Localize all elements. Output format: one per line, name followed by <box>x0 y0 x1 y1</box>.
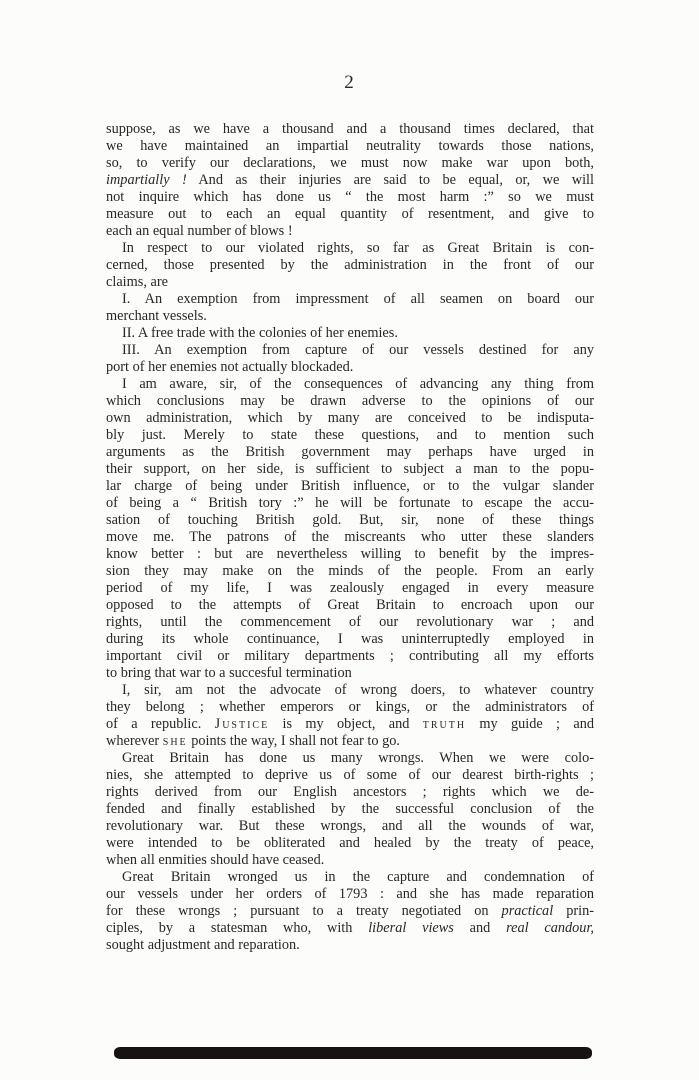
text-line: Great Britain has done us many wrongs. W… <box>106 750 594 767</box>
paragraph: Great Britain wronged us in the capture … <box>106 869 594 954</box>
text-run: port of her enemies not actually blockad… <box>106 359 353 375</box>
text-line: bly just. Merely to state these question… <box>106 427 594 444</box>
text-run: I, sir, am not the advocate of wrong doe… <box>122 682 594 698</box>
paragraph: II. A free trade with the colonies of he… <box>106 325 594 342</box>
paragraph: I am aware, sir, of the consequences of … <box>106 376 594 682</box>
text-line: revolutionary war. But these wrongs, and… <box>106 818 594 835</box>
text-line: I am aware, sir, of the consequences of … <box>106 376 594 393</box>
text-run: nies, she attempted to deprive us of som… <box>106 767 594 783</box>
text-run: during its whole continuance, I was unin… <box>106 631 594 647</box>
text-line: rights derived from our English ancestor… <box>106 784 594 801</box>
text-line: wherever she points the way, I shall not… <box>106 733 594 750</box>
text-run: each an equal number of blows ! <box>106 223 293 239</box>
text-run: so, to verify our declarations, we must … <box>106 155 594 171</box>
text-run: II. A free trade with the colonies of he… <box>122 325 398 341</box>
text-run: claims, are <box>106 274 168 290</box>
text-line: merchant vessels. <box>106 308 594 325</box>
italic-text: impartially ! <box>106 172 187 188</box>
text-run: I am aware, sir, of the consequences of … <box>122 376 594 392</box>
text-run: Great Britain has done us many wrongs. W… <box>122 750 594 766</box>
paragraph: I, sir, am not the advocate of wrong doe… <box>106 682 594 750</box>
text-line: sion they may make on the minds of the p… <box>106 563 594 580</box>
text-run: to bring that war to a succesful termina… <box>106 665 352 681</box>
text-line: of a republic. Justice is my object, and… <box>106 716 594 733</box>
page-number: 2 <box>0 72 699 94</box>
text-line: rights, until the commencement of our re… <box>106 614 594 631</box>
text-line: our vessels under her orders of 1793 : a… <box>106 886 594 903</box>
text-line: cerned, those presented by the administr… <box>106 257 594 274</box>
text-run: fended and finally established by the su… <box>106 801 594 817</box>
text-run: own administration, which by many are co… <box>106 410 594 426</box>
text-line: I, sir, am not the advocate of wrong doe… <box>106 682 594 699</box>
text-line: sation of touching British gold. But, si… <box>106 512 594 529</box>
text-run: sought adjustment and reparation. <box>106 937 300 953</box>
text-run: measure out to each an equal quantity of… <box>106 206 594 222</box>
text-line: during its whole continuance, I was unin… <box>106 631 594 648</box>
smallcaps-text: she <box>163 733 188 749</box>
paragraph: suppose, as we have a thousand and a tho… <box>106 121 594 240</box>
text-line: were intended to be obliterated and heal… <box>106 835 594 852</box>
text-run: they belong ; whether emperors or kings,… <box>106 699 594 715</box>
text-line: lar charge of being under British influe… <box>106 478 594 495</box>
text-line: port of her enemies not actually blockad… <box>106 359 594 376</box>
text-run: rights derived from our English ancestor… <box>106 784 594 800</box>
text-run: move me. The patrons of the miscreants w… <box>106 529 594 545</box>
text-line: nies, she attempted to deprive us of som… <box>106 767 594 784</box>
text-run: arguments as the British government may … <box>106 444 594 460</box>
text-line: for these wrongs ; pursuant to a treaty … <box>106 903 594 920</box>
text-line: I. An exemption from impressment of all … <box>106 291 594 308</box>
italic-text: practical <box>502 903 554 919</box>
text-run: my guide ; and <box>466 716 594 732</box>
text-run: when all enmities should have ceased. <box>106 852 324 868</box>
scan-artifact-bar <box>114 1047 592 1059</box>
text-run: suppose, as we have a thousand and a tho… <box>106 121 594 137</box>
text-run: sion they may make on the minds of the p… <box>106 563 594 579</box>
text-run: of being a “ British tory :” he will be … <box>106 495 594 511</box>
text-line: II. A free trade with the colonies of he… <box>106 325 594 342</box>
text-run: prin- <box>553 903 594 919</box>
text-run: cerned, those presented by the administr… <box>106 257 594 273</box>
paragraph: III. An exemption from capture of our ve… <box>106 342 594 376</box>
scanned-page: 2 suppose, as we have a thousand and a t… <box>0 0 699 1080</box>
text-line: arguments as the British government may … <box>106 444 594 461</box>
text-run: were intended to be obliterated and heal… <box>106 835 594 851</box>
text-line: their support, on her side, is sufficien… <box>106 461 594 478</box>
text-run: we have maintained an impartial neutrali… <box>106 138 594 154</box>
text-line: fended and finally established by the su… <box>106 801 594 818</box>
italic-text: real candour, <box>506 920 594 936</box>
paragraph: I. An exemption from impressment of all … <box>106 291 594 325</box>
text-run: merchant vessels. <box>106 308 207 324</box>
italic-text: liberal views <box>368 920 454 936</box>
text-line: of being a “ British tory :” he will be … <box>106 495 594 512</box>
text-run: not inquire which has done us “ the most… <box>106 189 594 205</box>
text-run: In respect to our violated rights, so fa… <box>122 240 594 256</box>
text-run: wherever <box>106 733 163 749</box>
text-line: so, to verify our declarations, we must … <box>106 155 594 172</box>
smallcaps-text: Justice <box>215 716 270 732</box>
text-run: revolutionary war. But these wrongs, and… <box>106 818 594 834</box>
text-line: which conclusions may be drawn adverse t… <box>106 393 594 410</box>
text-run: And as their injuries are said to be equ… <box>187 172 594 188</box>
text-run: for these wrongs ; pursuant to a treaty … <box>106 903 502 919</box>
text-run: Great Britain wronged us in the capture … <box>122 869 594 885</box>
text-run: and <box>454 920 506 936</box>
text-run: points the way, I shall not fear to go. <box>188 733 400 749</box>
text-run: their support, on her side, is sufficien… <box>106 461 594 477</box>
text-run: period of my life, I was zealously engag… <box>106 580 594 596</box>
text-line: we have maintained an impartial neutrali… <box>106 138 594 155</box>
text-line: claims, are <box>106 274 594 291</box>
text-line: own administration, which by many are co… <box>106 410 594 427</box>
text-run: which conclusions may be drawn adverse t… <box>106 393 594 409</box>
text-line: important civil or military departments … <box>106 648 594 665</box>
text-run: III. An exemption from capture of our ve… <box>122 342 594 358</box>
text-line: ciples, by a statesman who, with liberal… <box>106 920 594 937</box>
text-line: measure out to each an equal quantity of… <box>106 206 594 223</box>
text-line: know better : but are nevertheless willi… <box>106 546 594 563</box>
text-run: is my object, and <box>269 716 423 732</box>
text-run: our vessels under her orders of 1793 : a… <box>106 886 594 902</box>
text-line: each an equal number of blows ! <box>106 223 594 240</box>
text-run: opposed to the attempts of Great Britain… <box>106 597 594 613</box>
text-line: they belong ; whether emperors or kings,… <box>106 699 594 716</box>
text-line: move me. The patrons of the miscreants w… <box>106 529 594 546</box>
text-run: of a republic. <box>106 716 215 732</box>
text-line: Great Britain wronged us in the capture … <box>106 869 594 886</box>
text-line: sought adjustment and reparation. <box>106 937 594 954</box>
text-line: III. An exemption from capture of our ve… <box>106 342 594 359</box>
text-line: period of my life, I was zealously engag… <box>106 580 594 597</box>
text-run: know better : but are nevertheless willi… <box>106 546 594 562</box>
text-line: not inquire which has done us “ the most… <box>106 189 594 206</box>
text-line: opposed to the attempts of Great Britain… <box>106 597 594 614</box>
text-run: lar charge of being under British influe… <box>106 478 594 494</box>
page-text: suppose, as we have a thousand and a tho… <box>106 121 594 954</box>
text-line: suppose, as we have a thousand and a tho… <box>106 121 594 138</box>
text-line: In respect to our violated rights, so fa… <box>106 240 594 257</box>
smallcaps-text: truth <box>423 716 466 732</box>
text-run: bly just. Merely to state these question… <box>106 427 594 443</box>
text-run: sation of touching British gold. But, si… <box>106 512 594 528</box>
text-run: ciples, by a statesman who, with <box>106 920 368 936</box>
text-line: to bring that war to a succesful termina… <box>106 665 594 682</box>
text-run: important civil or military departments … <box>106 648 594 664</box>
paragraph: Great Britain has done us many wrongs. W… <box>106 750 594 869</box>
text-run: rights, until the commencement of our re… <box>106 614 594 630</box>
text-run: I. An exemption from impressment of all … <box>122 291 594 307</box>
paragraph: In respect to our violated rights, so fa… <box>106 240 594 291</box>
text-line: when all enmities should have ceased. <box>106 852 594 869</box>
text-line: impartially ! And as their injuries are … <box>106 172 594 189</box>
